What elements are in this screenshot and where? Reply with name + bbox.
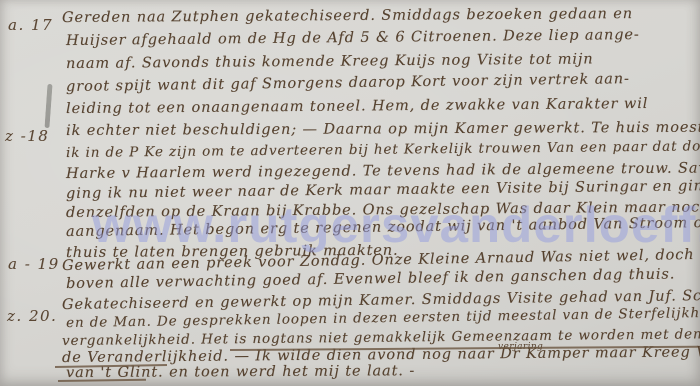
diary-line: leiding tot een onaangenaam toneel. Hem,…	[66, 96, 648, 117]
margin-marker-17: a. 17	[8, 16, 53, 34]
diary-line: naam af. Savonds thuis komende Kreeg Kui…	[66, 51, 594, 72]
diary-line: Gereden naa Zutphen gekatechiseerd. Smid…	[62, 6, 633, 26]
margin-marker-18: z -18	[5, 127, 49, 145]
margin-marker-19: a - 19	[8, 255, 60, 273]
pencil-margin-mark	[44, 84, 52, 128]
watermark: www.rutgersvanderloeff.nl	[92, 196, 700, 254]
diary-line: Huijser afgehaald om de Hg de Afd 5 & 6 …	[66, 27, 640, 49]
diary-line: groot spijt want dit gaf Smorgens daarop…	[66, 71, 630, 95]
diary-line: ik in de P Ke zijn om te adverteeren bij…	[66, 138, 700, 161]
ink-underline-glint	[58, 379, 146, 382]
diary-line: ik echter niet beschuldigen; — Daarna op…	[66, 120, 700, 139]
diary-page-scan: a. 17 z -18 a - 19 z. 20. Gereden naa Zu…	[0, 0, 700, 386]
margin-marker-20: z. 20.	[7, 307, 57, 325]
